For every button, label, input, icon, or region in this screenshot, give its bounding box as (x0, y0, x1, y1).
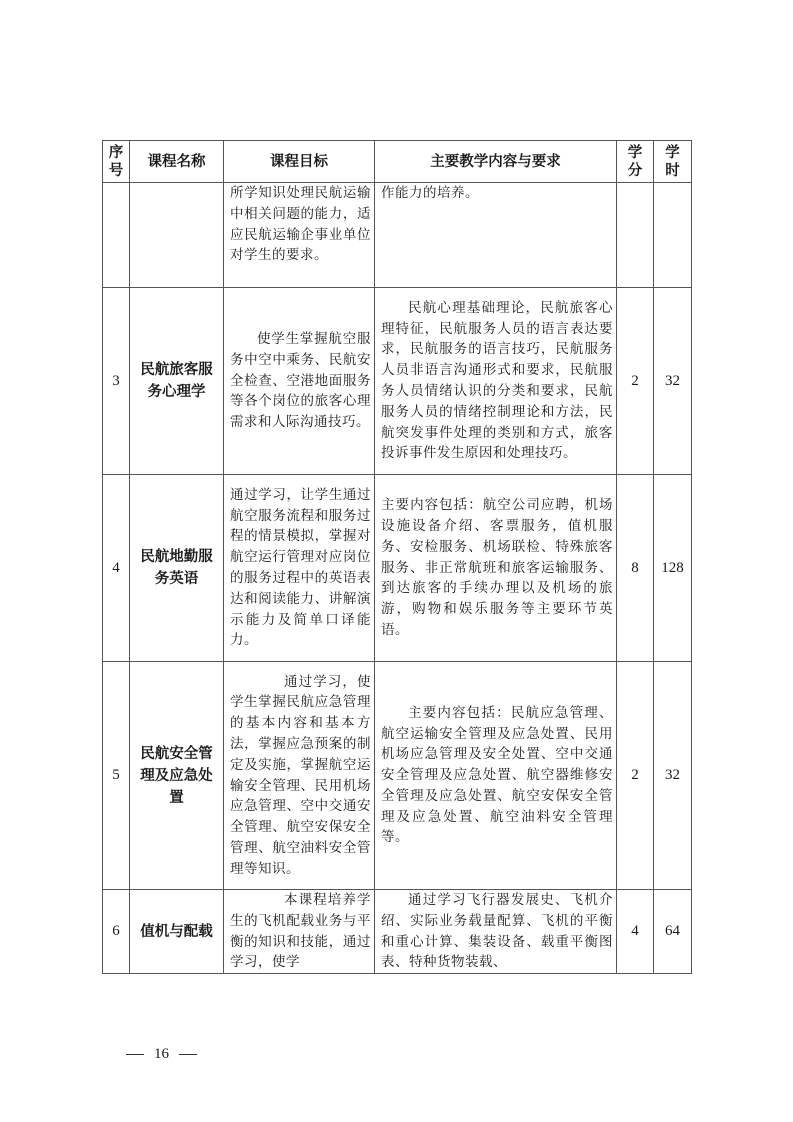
table-row: 3 民航旅客服务心理学 使学生掌握航空服务中空中乘务、民航安全检查、空港地面服务… (103, 288, 692, 475)
cell-content: 通过学习飞行器发展史、飞机介绍、实际业务载量配算、飞机的平衡和重心计算、集装设备… (375, 890, 617, 974)
cell-no: 6 (103, 890, 130, 974)
cell-credit: 2 (617, 288, 654, 475)
header-no: 序号 (103, 141, 130, 183)
cell-name (130, 183, 224, 288)
table-row: 5 民航安全管理及应急处置 通过学习，使学生掌握民航应急管理的基本内容和基本方法… (103, 662, 692, 890)
cell-goal: 通过学习，使学生掌握民航应急管理的基本内容和基本方法，掌握应急预案的制定及实施，… (224, 662, 375, 890)
cell-hours: 32 (654, 288, 692, 475)
cell-name: 民航旅客服务心理学 (130, 288, 224, 475)
cell-content: 主要内容包括：航空公司应聘，机场设施设备介绍、客票服务，值机服务、安检服务、机场… (375, 475, 617, 662)
cell-credit: 8 (617, 475, 654, 662)
cell-name: 民航安全管理及应急处置 (130, 662, 224, 890)
cell-name: 民航地勤服务英语 (130, 475, 224, 662)
dash-left (126, 1054, 144, 1055)
cell-hours (654, 183, 692, 288)
page-number: 16 (154, 1046, 169, 1063)
cell-content: 民航心理基础理论，民航旅客心理特征，民航服务人员的语言表达要求，民航服务的语言技… (375, 288, 617, 475)
course-table: 序号 课程名称 课程目标 主要教学内容与要求 学分 学时 所学知识处理民航运输中… (102, 140, 692, 974)
dash-right (179, 1054, 197, 1055)
table-row: 6 值机与配载 本课程培养学生的飞机配载业务与平衡的知识和技能，通过学习，使学 … (103, 890, 692, 974)
cell-credit: 2 (617, 662, 654, 890)
header-credit: 学分 (617, 141, 654, 183)
cell-hours: 64 (654, 890, 692, 974)
cell-credit (617, 183, 654, 288)
cell-no: 4 (103, 475, 130, 662)
header-goal: 课程目标 (224, 141, 375, 183)
cell-no: 3 (103, 288, 130, 475)
cell-hours: 32 (654, 662, 692, 890)
header-content: 主要教学内容与要求 (375, 141, 617, 183)
table-header-row: 序号 课程名称 课程目标 主要教学内容与要求 学分 学时 (103, 141, 692, 183)
table-row: 4 民航地勤服务英语 通过学习，让学生通过航空服务流程和服务过程的情景模拟，掌握… (103, 475, 692, 662)
cell-content: 主要内容包括：民航应急管理、航空运输安全管理及应急处置、民用机场应急管理及安全处… (375, 662, 617, 890)
cell-no: 5 (103, 662, 130, 890)
cell-goal: 通过学习，让学生通过航空服务流程和服务过程的情景模拟，掌握对航空运行管理对应岗位… (224, 475, 375, 662)
page-footer: 16 (126, 1046, 197, 1063)
header-hours: 学时 (654, 141, 692, 183)
table-row: 所学知识处理民航运输中相关问题的能力，适应民航运输企事业单位对学生的要求。 作能… (103, 183, 692, 288)
header-name: 课程名称 (130, 141, 224, 183)
cell-no (103, 183, 130, 288)
cell-hours: 128 (654, 475, 692, 662)
cell-name: 值机与配载 (130, 890, 224, 974)
cell-content: 作能力的培养。 (375, 183, 617, 288)
cell-goal: 使学生掌握航空服务中空中乘务、民航安全检查、空港地面服务等各个岗位的旅客心理需求… (224, 288, 375, 475)
cell-credit: 4 (617, 890, 654, 974)
cell-goal: 本课程培养学生的飞机配载业务与平衡的知识和技能，通过学习，使学 (224, 890, 375, 974)
cell-goal: 所学知识处理民航运输中相关问题的能力，适应民航运输企事业单位对学生的要求。 (224, 183, 375, 288)
